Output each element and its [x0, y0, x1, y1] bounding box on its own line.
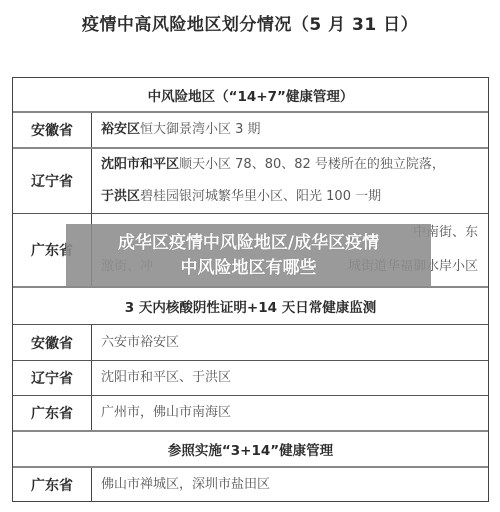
area-cell: 裕安区恒大御景湾小区 3 期 [101, 113, 484, 147]
risk-area-table: 中风险地区（“14+7”健康管理） 安徽省 裕安区恒大御景湾小区 3 期 辽宁省… [12, 77, 489, 502]
table-row: 广东省 广州市，佛山市南海区 [13, 396, 488, 432]
area-detail: 沈阳市和平区、于洪区 [101, 362, 484, 394]
section-header-label: 3 天内核酸阴性证明+14 天日常健康监测 [125, 296, 376, 316]
page-title: 疫情中高风险地区划分情况（5 月 31 日） [0, 10, 500, 35]
section-header-nucleic-test: 3 天内核酸阴性证明+14 天日常健康监测 [13, 288, 488, 325]
caption-overlay: 成华区疫情中风险地区/成华区疫情 中风险地区有哪些 [66, 224, 431, 287]
district-name: 裕安区 [101, 122, 140, 137]
table-row: 辽宁省 沈阳市和平区顺天小区 78、80、82 号楼所在的独立院落， 于洪区碧桂… [13, 149, 488, 214]
area-detail: 恒大御景湾小区 3 期 [140, 122, 261, 137]
province-label: 安徽省 [13, 113, 92, 147]
province-label: 广东省 [13, 396, 92, 430]
area-detail: 顺天小区 78、80、82 号楼所在的独立院落， [179, 157, 445, 172]
caption-line-2: 中风险地区有哪些 [181, 256, 317, 281]
section-header-reference: 参照实施“3+14”健康管理 [13, 432, 488, 468]
table-row: 安徽省 六安市裕安区 [13, 325, 488, 361]
area-cell: 广州市，佛山市南海区 [101, 396, 484, 430]
section-header-label: 参照实施“3+14”健康管理 [168, 439, 333, 459]
table-row: 广东省 佛山市禅城区，深圳市盐田区 [13, 468, 488, 501]
area-cell: 佛山市禅城区，深圳市盐田区 [101, 468, 484, 501]
section-header-medium-risk: 中风险地区（“14+7”健康管理） [13, 78, 488, 113]
province-label: 辽宁省 [13, 361, 92, 395]
table-row: 安徽省 裕安区恒大御景湾小区 3 期 [13, 113, 488, 149]
province-label: 安徽省 [13, 325, 92, 360]
province-label: 广东省 [13, 468, 92, 501]
district-name: 沈阳市和平区 [101, 157, 179, 172]
area-detail: 碧桂园银河城繁华里小区、阳光 100 一期 [140, 189, 381, 204]
area-detail: 六安市裕安区 [101, 327, 484, 359]
table-row: 辽宁省 沈阳市和平区、于洪区 [13, 361, 488, 396]
area-cell: 沈阳市和平区、于洪区 [101, 361, 484, 395]
area-cell: 六安市裕安区 [101, 325, 484, 360]
section-header-label: 中风险地区（“14+7”健康管理） [148, 85, 354, 105]
area-detail: 广州市，佛山市南海区 [101, 397, 484, 429]
district-name: 于洪区 [101, 189, 140, 204]
caption-line-1: 成华区疫情中风险地区/成华区疫情 [118, 231, 379, 256]
area-detail: 佛山市禅城区，深圳市盐田区 [101, 469, 484, 501]
province-label: 辽宁省 [13, 149, 92, 213]
area-cell: 沈阳市和平区顺天小区 78、80、82 号楼所在的独立院落， 于洪区碧桂园银河城… [101, 149, 484, 213]
